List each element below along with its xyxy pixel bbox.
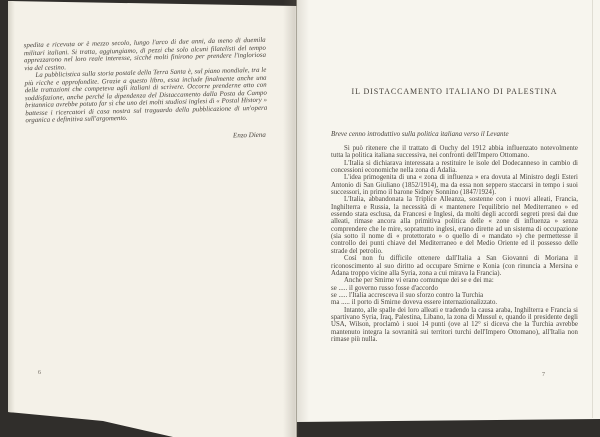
preface-paragraph: La pubblicistica sulla storia postale de…: [24, 67, 267, 125]
body-paragraph: Intanto, alle spalle dei loro alleati e …: [331, 307, 578, 344]
condition-line: ma ..... il porto di Smirne doveva esser…: [331, 299, 578, 306]
body-paragraph: Così non fu difficile ottenere dall'Ital…: [331, 255, 578, 277]
section-subtitle: Breve cenno introduttivo sulla politica …: [331, 130, 578, 138]
condition-line: se ..... l'Italia accresceva il suo sfor…: [331, 292, 578, 299]
body-paragraph: Anche per Smirne vi erano comunque dei s…: [331, 277, 578, 284]
condition-line: se ..... il governo russo fosse d'accord…: [331, 285, 578, 292]
page-number-left: 6: [38, 370, 41, 376]
book-right-page: IL DISTACCAMENTO ITALIANO DI PALESTINA B…: [297, 0, 600, 437]
chapter-title: IL DISTACCAMENTO ITALIANO DI PALESTINA: [331, 87, 578, 96]
book-photo: spedita e ricevuta or è mezzo secolo, lu…: [0, 0, 600, 437]
gutter-shadow: [297, 0, 309, 437]
page-number-right: 7: [542, 372, 545, 378]
body-paragraph: L'Italia si dichiarava interessata a res…: [331, 160, 578, 175]
chapter-text-block: IL DISTACCAMENTO ITALIANO DI PALESTINA B…: [331, 0, 578, 343]
book-left-page: spedita e ricevuta or è mezzo secolo, lu…: [8, 0, 297, 437]
body-paragraph: L'idea primogenita di una « zona di infl…: [331, 174, 578, 196]
preface-text-block: spedita e ricevuta or è mezzo secolo, lu…: [24, 37, 268, 144]
page-edge: [8, 0, 15, 417]
body-paragraph: L'Italia, abbandonata la Triplice Allean…: [331, 196, 578, 255]
author-signature: Enzo Diena: [26, 130, 268, 143]
chapter-body: Si può ritenere che il trattato di Ouchy…: [331, 145, 578, 343]
page-edge: [592, 0, 593, 418]
body-paragraph: Si può ritenere che il trattato di Ouchy…: [331, 145, 578, 160]
